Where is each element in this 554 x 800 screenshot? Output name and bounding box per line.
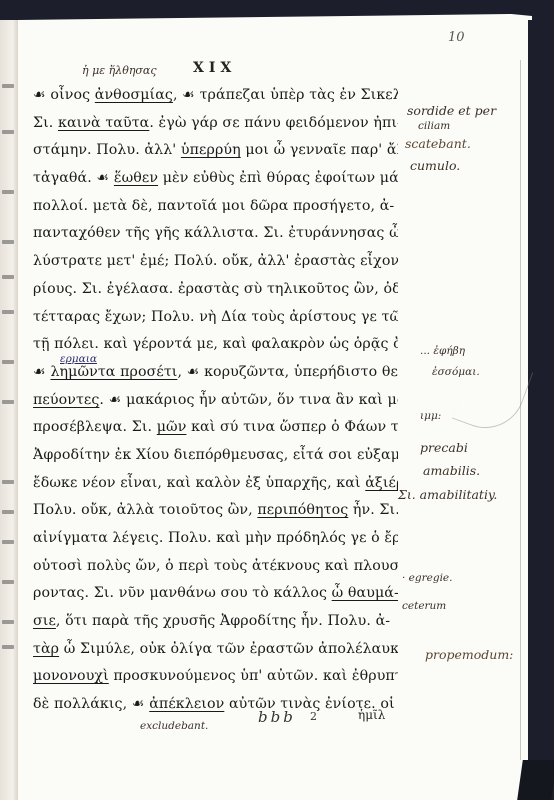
text-line: τέτταρας ἔχων; Πολυ. νὴ Δία τοὺς ἀρίστου…	[33, 304, 398, 332]
text-segment: . ☙ μακάριος ἦν αὐτῶν, ὅν τινα ἂν καὶ μό…	[99, 392, 398, 408]
text-line: μονονουχὶ προσκυνούμενος ὑπ' αὐτῶν. καὶ …	[33, 663, 398, 691]
text-segment: ἦν. Σι.	[348, 502, 398, 518]
interlinear-note-top: ἡ με ἥλθησας	[82, 64, 157, 77]
text-segment: ἔδωκε νέον εἶναι, καὶ καλὸν ἐξ ὑπαρχῆς, …	[33, 475, 365, 491]
text-segment: αἰνίγματα λέγεις. Πολυ. καὶ μὴν πρόδηλός…	[33, 530, 398, 546]
text-line: πολλοί. μετὰ δὲ, παντοῖά μοι δῶρα προσήγ…	[33, 193, 398, 221]
text-segment: καὶ σύ τινα ὥσπερ ὁ Φάων τὴν	[186, 419, 398, 435]
facing-page-edge	[0, 20, 19, 800]
text-segment: , ὅτι παρὰ τῆς χρυσῆς Ἀφροδίτης ἦν. Πολυ…	[56, 613, 390, 629]
underlined-phrase: ὦ θαυμά-	[332, 585, 398, 601]
text-line: ☙ οἶνος ἀνθοσμίας, ☙ τράπεζαι ὑπὲρ τὰς ἐ…	[33, 82, 398, 110]
text-segment: οὑτοσὶ πολὺς ὤν, ὁ περὶ τοὺς ἀτέκνους κα…	[33, 558, 398, 574]
text-line: λύστρατε μετ' ἐμέ; Πολύ. οὔκ, ἀλλ' ἐραστ…	[33, 248, 398, 276]
folio-number: 10	[448, 30, 465, 45]
underlined-phrase: τὰρ	[33, 641, 59, 657]
text-segment: προσέβλεψα. Σι.	[33, 419, 157, 435]
underlined-phrase: περιπόθητος	[257, 502, 348, 518]
underlined-phrase: ὑπερρύη	[181, 142, 241, 158]
text-segment: μοι ὦ γενναῖε παρ' ἄλλων	[241, 142, 398, 158]
marginal-note-8: propemodum:	[425, 647, 513, 662]
greek-text-block: ☙ οἶνος ἀνθοσμίας, ☙ τράπεζαι ὑπὲρ τὰς ἐ…	[33, 82, 398, 719]
text-segment: πολλοί. μετὰ δὲ, παντοῖά μοι δῶρα προσήγ…	[33, 198, 394, 214]
text-segment: πανταχόθεν τῆς γῆς κάλλιστα. Σι. ἐτυράνν…	[33, 225, 398, 241]
text-line: ρίους. Σι. ἐγέλασα. ἐραστὰς σὺ τηλικοῦτο…	[33, 276, 398, 304]
text-segment: μὲν εὐθὺς ἐπὶ θύρας ἐφοίτων μάλα	[158, 170, 398, 186]
marginal-note-1c: cumulo.	[410, 158, 460, 173]
underlined-phrase: ἀπέκλειον	[149, 696, 224, 712]
underlined-phrase: ἀνθοσμίας	[95, 87, 173, 103]
text-segment: ☙ οἶνος	[33, 87, 95, 103]
text-segment: ρίους. Σι. ἐγέλασα. ἐραστὰς σὺ τηλικοῦτο…	[33, 281, 398, 297]
text-segment: δὲ πολλάκις, ☙	[33, 696, 149, 712]
text-line: ἔδωκε νέον εἶναι, καὶ καλὸν ἐξ ὑπαρχῆς, …	[33, 470, 398, 498]
underlined-phrase: μονονουχὶ	[33, 668, 109, 684]
text-segment: ☙	[33, 364, 50, 380]
text-line: αἰνίγματα λέγεις. Πολυ. καὶ μὴν πρόδηλός…	[33, 525, 398, 553]
underlined-phrase: μῶν	[157, 419, 187, 435]
text-line: τὰρ ὦ Σιμύλε, οὐκ ὀλίγα τῶν ἐραστῶν ἀπολ…	[33, 636, 398, 664]
text-line: πεύοντες. ☙ μακάριος ἦν αὐτῶν, ὅν τινα ἂ…	[33, 387, 398, 415]
marginal-note-1a-super: ciliam	[418, 120, 450, 132]
underlined-phrase: ἕωθεν	[114, 170, 158, 186]
text-line: σιε, ὅτι παρὰ τῆς χρυσῆς Ἀφροδίτης ἦν. Π…	[33, 608, 398, 636]
marginal-note-5: Σι. amabilitatiy.	[398, 487, 497, 502]
text-segment: , ☙ κορυζῶντα, ὑπερήδιστο θερα-	[177, 364, 398, 380]
marginal-note-2a: ... ἐφήβη	[420, 345, 465, 357]
scan-corner-shadow	[517, 760, 554, 800]
text-segment: τῇ πόλει. καὶ γέροντά με, καὶ φαλακρὸν ὡ…	[33, 336, 398, 352]
marginal-note-3: ιμμ:	[420, 410, 441, 422]
underlined-phrase: λημῶντα προσέτι	[50, 364, 177, 380]
running-head: XIX	[193, 60, 236, 76]
underlined-phrase: σιε	[33, 613, 56, 629]
text-line: προσέβλεψα. Σι. μῶν καὶ σύ τινα ὥσπερ ὁ …	[33, 414, 398, 442]
text-line: ροντας. Σι. νῦν μανθάνω σου τὸ κάλλος ὦ …	[33, 580, 398, 608]
text-segment: λύστρατε μετ' ἐμέ; Πολύ. οὔκ, ἀλλ' ἐραστ…	[33, 253, 398, 269]
text-line: Σι. καινὰ ταῦτα. ἐγὼ γάρ σε πάνυ φειδόμε…	[33, 110, 398, 138]
marginal-note-4b: amabilis.	[423, 463, 480, 478]
text-segment: τἀγαθά. ☙	[33, 170, 114, 186]
marginal-note-4a: precabi	[420, 440, 468, 455]
scan-background	[528, 20, 554, 800]
note-below-last-line: excludebant.	[140, 720, 208, 732]
text-line: τἀγαθά. ☙ ἕωθεν μὲν εὐθὺς ἐπὶ θύρας ἐφοί…	[33, 165, 398, 193]
page-edge-line	[520, 60, 521, 760]
text-line: Ἀφροδίτην ἐκ Χίου διεπόρθμευσας, εἶτά σο…	[33, 442, 398, 470]
text-segment: Ἀφροδίτην ἐκ Χίου διεπόρθμευσας, εἶτά σο…	[33, 447, 398, 463]
text-segment: ὦ Σιμύλε, οὐκ ὀλίγα τῶν ἐραστῶν ἀπολέλαυ…	[59, 641, 398, 657]
interlinear-note-ermaia: ερμαια	[60, 353, 97, 365]
text-segment: . ἐγὼ γάρ σε πάνυ φειδόμενον ἠπι-	[149, 115, 398, 131]
text-line: πανταχόθεν τῆς γῆς κάλλιστα. Σι. ἐτυράνν…	[33, 220, 398, 248]
text-line: δὲ πολλάκις, ☙ ἀπέκλειον αὐτῶν τινὰς ἐνί…	[33, 691, 398, 719]
text-segment: Σι.	[33, 115, 58, 131]
underlined-phrase: ἀξιέραστον	[365, 475, 398, 491]
text-segment: ροντας. Σι. νῦν μανθάνω σου τὸ κάλλος	[33, 585, 332, 601]
marginal-note-1b: scatebant.	[405, 136, 471, 151]
text-segment: , ☙ τράπεζαι ὑπὲρ τὰς ἐν Σικελίᾳ·	[173, 87, 398, 103]
signature-mark: bbb	[258, 708, 296, 726]
catchword: ἡμῖλ	[358, 708, 385, 722]
underlined-phrase: πεύοντες	[33, 392, 99, 408]
marginal-note-6: · egregie.	[402, 572, 452, 584]
text-segment: προσκυνούμενος ὑπ' αὐτῶν. καὶ ἐθρυπτόμην	[109, 668, 398, 684]
text-line: Πολυ. οὔκ, ἀλλὰ τοιοῦτος ὢν, περιπόθητος…	[33, 497, 398, 525]
text-line: οὑτοσὶ πολὺς ὤν, ὁ περὶ τοὺς ἀτέκνους κα…	[33, 553, 398, 581]
text-segment: τέτταρας ἔχων; Πολυ. νὴ Δία τοὺς ἀρίστου…	[33, 309, 398, 325]
text-segment: Πολυ. οὔκ, ἀλλὰ τοιοῦτος ὢν,	[33, 502, 257, 518]
marginal-note-1a: sordide et per	[407, 103, 496, 118]
text-segment: στάμην. Πολυ. ἀλλ'	[33, 142, 181, 158]
signature-number: 2	[310, 710, 317, 723]
underlined-phrase: καινὰ ταῦτα	[58, 115, 149, 131]
text-line: στάμην. Πολυ. ἀλλ' ὑπερρύη μοι ὦ γενναῖε…	[33, 137, 398, 165]
marginal-note-7: ceterum	[402, 600, 446, 612]
